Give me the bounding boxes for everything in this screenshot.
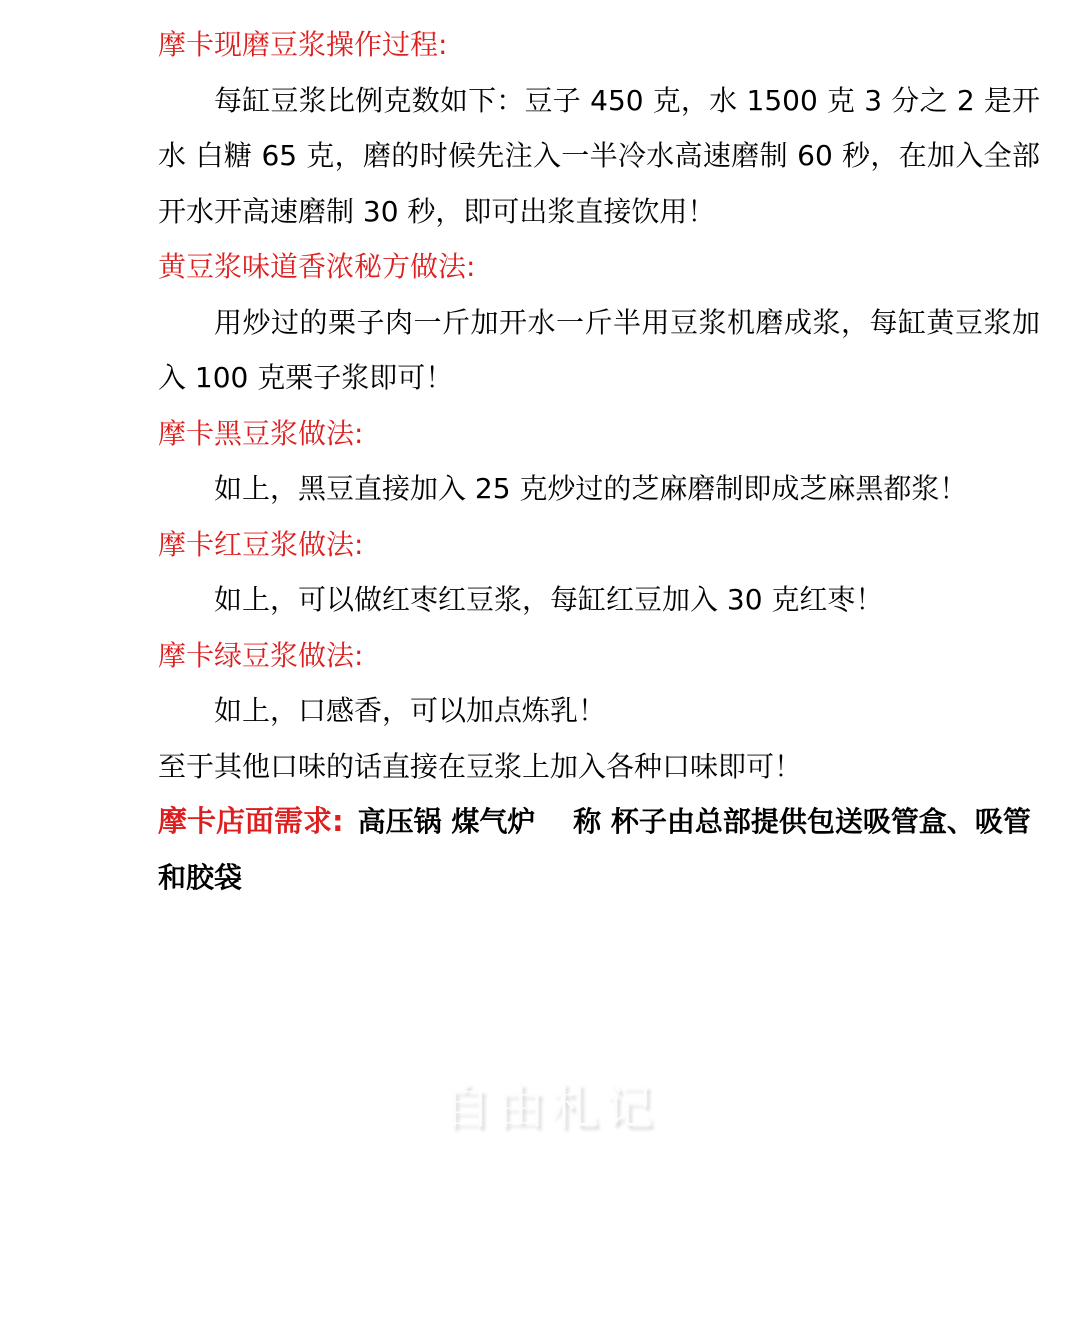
section-heading-green-soymilk: 摩卡绿豆浆做法: bbox=[158, 628, 1040, 684]
section-soymilk-process: 摩卡现磨豆浆操作过程: 每缸豆浆比例克数如下：豆子 450 克，水 1500 克… bbox=[158, 17, 1040, 239]
section-heading-black-soymilk: 摩卡黑豆浆做法: bbox=[158, 406, 1040, 462]
watermark-text: 自由札记 bbox=[443, 1068, 659, 1137]
section-green-soymilk: 摩卡绿豆浆做法: 如上，口感香，可以加点炼乳！ bbox=[158, 628, 1040, 739]
section-black-soymilk: 摩卡黑豆浆做法: 如上，黑豆直接加入 25 克炒过的芝麻磨制即成芝麻黑都浆！ bbox=[158, 406, 1040, 517]
section-heading-yellow-soymilk: 黄豆浆味道香浓秘方做法: bbox=[158, 239, 1040, 295]
section-body-red-soymilk: 如上，可以做红枣红豆浆，每缸红豆加入 30 克红枣！ bbox=[158, 572, 1040, 628]
store-requirements-line: 摩卡店面需求:高压锅 煤气炉 称 杯子由总部提供包送吸管盒、吸管和胶袋 bbox=[158, 794, 1040, 905]
document-page: 摩卡现磨豆浆操作过程: 每缸豆浆比例克数如下：豆子 450 克，水 1500 克… bbox=[0, 0, 1080, 905]
closing-note: 至于其他口味的话直接在豆浆上加入各种口味即可！ bbox=[158, 739, 1040, 795]
section-red-soymilk: 摩卡红豆浆做法: 如上，可以做红枣红豆浆，每缸红豆加入 30 克红枣！ bbox=[158, 517, 1040, 628]
section-body-soymilk-process: 每缸豆浆比例克数如下：豆子 450 克，水 1500 克 3 分之 2 是开水 … bbox=[158, 73, 1040, 240]
section-heading-soymilk-process: 摩卡现磨豆浆操作过程: bbox=[158, 17, 1040, 73]
section-body-yellow-soymilk: 用炒过的栗子肉一斤加开水一斤半用豆浆机磨成浆，每缸黄豆浆加入 100 克栗子浆即… bbox=[158, 295, 1040, 406]
section-yellow-soymilk: 黄豆浆味道香浓秘方做法: 用炒过的栗子肉一斤加开水一斤半用豆浆机磨成浆，每缸黄豆… bbox=[158, 239, 1040, 406]
section-body-green-soymilk: 如上，口感香，可以加点炼乳！ bbox=[158, 683, 1040, 739]
section-heading-red-soymilk: 摩卡红豆浆做法: bbox=[158, 517, 1040, 573]
store-requirements-label: 摩卡店面需求: bbox=[158, 804, 344, 838]
section-body-black-soymilk: 如上，黑豆直接加入 25 克炒过的芝麻磨制即成芝麻黑都浆！ bbox=[158, 461, 1040, 517]
